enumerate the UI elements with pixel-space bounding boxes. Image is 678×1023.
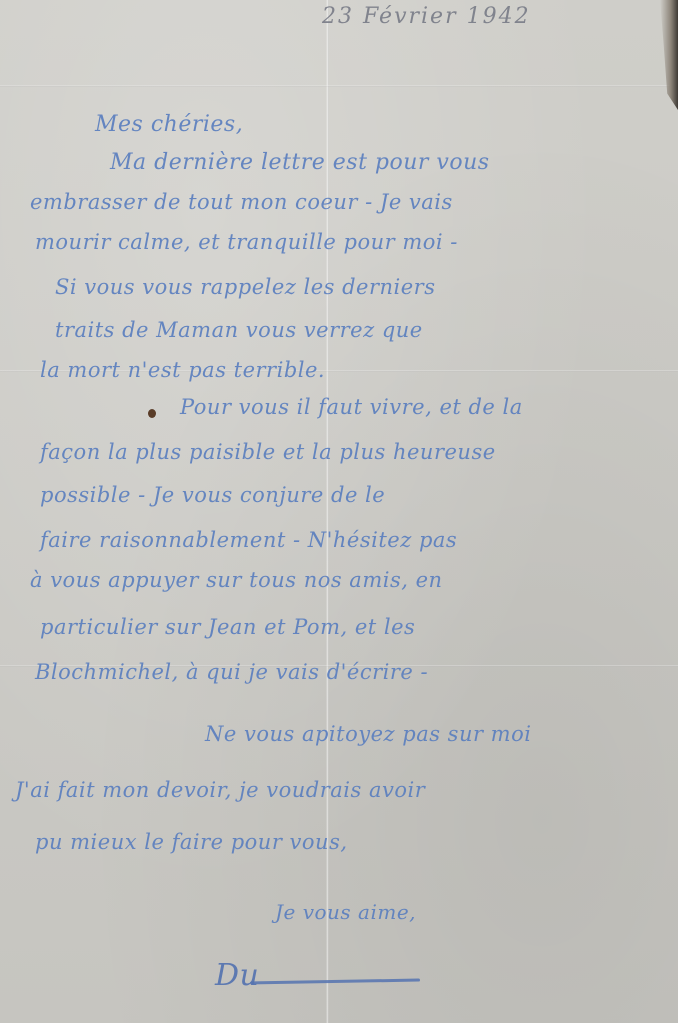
letter-line: J'ai fait mon devoir, je voudrais avoir <box>15 778 425 802</box>
closing: Je vous aime, <box>275 900 416 924</box>
letter-line: Pour vous il faut vivre, et de la <box>180 395 523 419</box>
letter-line: Blochmichel, à qui je vais d'écrire - <box>35 660 428 684</box>
letter-line: Ma dernière lettre est pour vous <box>110 150 490 175</box>
letter-line: la mort n'est pas terrible. <box>40 358 325 382</box>
salutation: Mes chéries, <box>95 112 243 137</box>
letter-line: Si vous vous rappelez les derniers <box>55 275 436 299</box>
letter-line: mourir calme, et tranquille pour moi - <box>35 230 458 254</box>
letter-line: à vous appuyer sur tous nos amis, en <box>30 568 443 592</box>
letter-line: traits de Maman vous verrez que <box>55 318 423 342</box>
torn-edge <box>660 0 678 110</box>
letter-line: embrasser de tout mon coeur - Je vais <box>30 190 453 214</box>
signature: Du <box>215 958 259 993</box>
letter-line: faire raisonnablement - N'hésitez pas <box>40 528 457 552</box>
ink-stain <box>148 409 156 418</box>
letter-line: façon la plus paisible et la plus heureu… <box>40 440 496 464</box>
letter-page: 23 Février 1942 Mes chéries, Ma dernière… <box>0 0 678 1023</box>
signature-flourish <box>250 979 420 985</box>
letter-line: pu mieux le faire pour vous, <box>35 830 348 854</box>
letter-line: particulier sur Jean et Pom, et les <box>40 615 415 639</box>
horizontal-fold-crease <box>0 85 678 87</box>
letter-line: possible - Je vous conjure de le <box>40 483 385 507</box>
letter-date: 23 Février 1942 <box>322 4 531 29</box>
letter-line: Ne vous apitoyez pas sur moi <box>205 722 531 746</box>
